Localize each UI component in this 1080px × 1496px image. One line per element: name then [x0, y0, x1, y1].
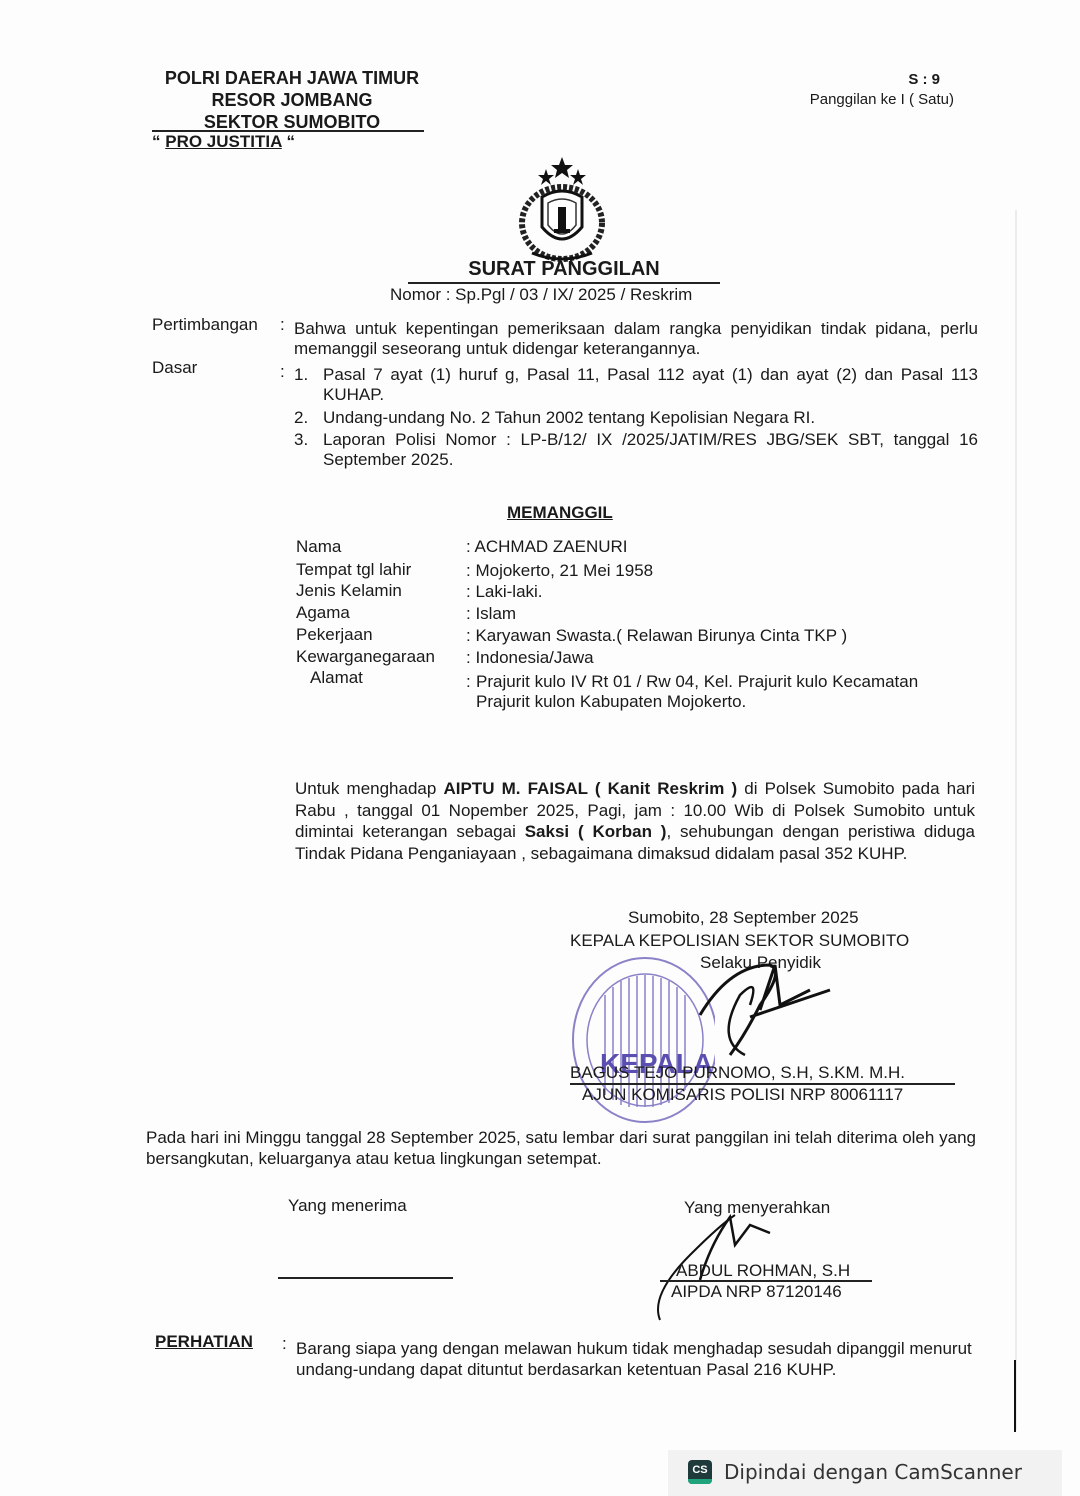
dasar-item-text: Pasal 7 ayat (1) huruf g, Pasal 11, Pasa…	[323, 365, 978, 405]
signatory-name: BAGUS TEJO PURNOMO, S.H, S.KM. M.H.	[570, 1063, 905, 1083]
receipt-statement: Pada hari ini Minggu tanggal 28 Septembe…	[146, 1127, 976, 1169]
perhatian-text: Barang siapa yang dengan melawan hukum t…	[296, 1338, 976, 1380]
field-label-tempat-tgl-lahir: Tempat tgl lahir	[296, 560, 411, 580]
field-value-agama: : Islam	[466, 604, 516, 624]
document-title: SURAT PANGGILAN	[408, 258, 720, 281]
deliverer-name: ABDUL ROHMAN, S.H	[676, 1261, 850, 1281]
pro-justitia: “ PRO JUSTITIA “	[152, 132, 295, 152]
dasar-item-number: 1.	[294, 365, 308, 385]
dasar-colon: :	[280, 362, 285, 382]
receiver-signature-line[interactable]	[278, 1277, 453, 1279]
field-value-nama: : ACHMAD ZAENURI	[466, 537, 628, 557]
dasar-item-text: Undang-undang No. 2 Tahun 2002 tentang K…	[323, 408, 978, 428]
perhatian-label: PERHATIAN	[155, 1332, 253, 1352]
field-value-pekerjaan: : Karyawan Swasta.( Relawan Birunya Cint…	[466, 626, 847, 646]
field-label-pekerjaan: Pekerjaan	[296, 625, 373, 645]
field-value-kewarganegaraan: : Indonesia/Jawa	[466, 648, 594, 668]
dasar-item-text: Laporan Polisi Nomor : LP-B/12/ IX /2025…	[323, 430, 978, 470]
field-label-agama: Agama	[296, 603, 350, 623]
pertimbangan-text: Bahwa untuk kepentingan pemeriksaan dala…	[294, 319, 978, 359]
polri-emblem-icon	[512, 155, 612, 265]
pertimbangan-colon: :	[280, 315, 285, 335]
dasar-item-number: 3.	[294, 430, 308, 450]
document-number: Nomor : Sp.Pgl / 03 / IX/ 2025 / Reskrim	[390, 285, 692, 305]
document-page: POLRI DAERAH JAWA TIMUR RESOR JOMBANG SE…	[0, 0, 1080, 1496]
title-underline	[408, 282, 720, 284]
org-line-2: RESOR JOMBANG	[142, 89, 442, 111]
camscanner-text: Dipindai dengan CamScanner	[724, 1460, 1022, 1484]
field-value-tempat-tgl-lahir: : Mojokerto, 21 Mei 1958	[466, 561, 653, 581]
field-colon-alamat: :	[466, 672, 471, 692]
signatory-rank: AJUN KOMISARIS POLISI NRP 80061117	[582, 1085, 903, 1105]
field-label-jenis-kelamin: Jenis Kelamin	[296, 581, 402, 601]
field-label-kewarganegaraan: Kewarganegaraan	[296, 647, 435, 667]
officer-name: AIPTU M. FAISAL ( Kanit Reskrim )	[443, 779, 737, 798]
instruction-paragraph: Untuk menghadap AIPTU M. FAISAL ( Kanit …	[295, 778, 975, 864]
field-value-jenis-kelamin: : Laki-laki.	[466, 582, 543, 602]
page-edge	[1015, 210, 1017, 1430]
field-value-alamat: Prajurit kulo IV Rt 01 / Rw 04, Kel. Pra…	[476, 672, 976, 712]
org-line-1: POLRI DAERAH JAWA TIMUR	[142, 67, 442, 89]
witness-role: Saksi ( Korban )	[525, 822, 667, 841]
perhatian-colon: :	[282, 1334, 287, 1354]
receiver-label: Yang menerima	[288, 1196, 407, 1216]
dasar-item-number: 2.	[294, 408, 308, 428]
signature-scribble-icon	[690, 945, 840, 1065]
memanggil-heading: MEMANGGIL	[507, 503, 613, 523]
document-code: S : 9	[908, 71, 940, 88]
pertimbangan-label: Pertimbangan	[152, 315, 258, 335]
call-number: Panggilan ke I ( Satu)	[810, 91, 954, 108]
field-label-nama: Nama	[296, 537, 341, 557]
deliverer-rank: AIPDA NRP 87120146	[671, 1282, 842, 1302]
field-label-alamat: Alamat	[310, 668, 363, 688]
camscanner-icon: CS	[688, 1460, 712, 1484]
page-edge-dark	[1014, 1360, 1016, 1432]
dasar-label: Dasar	[152, 358, 197, 378]
place-date: Sumobito, 28 September 2025	[628, 908, 859, 928]
